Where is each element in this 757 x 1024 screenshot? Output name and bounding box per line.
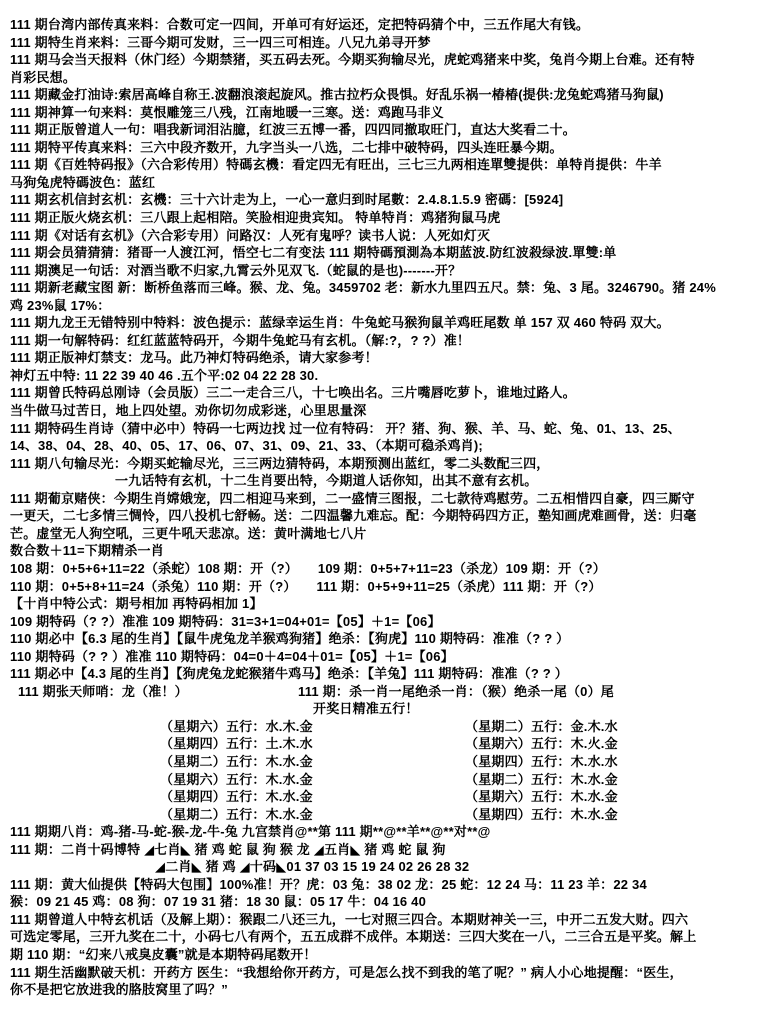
text-line: 111 期必中【4.3 尾的生肖】【狗虎兔龙蛇猴猪牛鸡马】绝杀：【羊兔】111 … [10,665,753,683]
text-segment: （星期六）五行：木.水.金 [160,771,313,789]
text-segment: （星期六）五行：水.木.金 [160,718,313,736]
text-line: 111 期八句输尽光：今期买蛇输尽光，三三两边猜特码，本期预测出蓝红，零二头数配… [10,455,753,473]
text-line: 当牛做马过苦日，地上四处望。劝你切勿成彩迷，心里思量深 [10,402,753,420]
text-line: 猴：09 21 45 鸡：08 狗：07 19 31 猪：18 30 鼠：05 … [10,893,753,911]
text-line: （星期二）五行：木.水.金（星期四）五行：木.水.水 [10,753,753,771]
text-line: 开奖日精准五行！ [10,700,753,718]
text-line: 14、38、04、28、40、05、17、06、07、31、09、21、33、（… [10,437,753,455]
text-segment: （星期二）五行：金.木.水 [465,718,618,736]
text-line: 神灯五中特: 11 22 39 40 46 .五个平:02 04 22 28 3… [10,367,753,385]
text-line: 111 期台湾内部传真来料：合数可定一四间，开单可有好运还，定把特码猜个中，三五… [10,16,753,34]
text-line: （星期四）五行：木.水.金（星期六）五行：木.水.金 [10,788,753,806]
text-line: 鸡 23%鼠 17%： [10,297,753,315]
text-segment: （星期四）五行：木.水.水 [465,753,618,771]
text-line: 111 期《对话有玄机》（六合彩专用）问路汉：人死有鬼呼？读书人说：人死如灯灭 [10,227,753,245]
text-line: 芒。虚堂无人狗空吼，三更牛吼天悲凉。送：黄叶满地七八片 [10,525,753,543]
text-line: 111 期澳足一句话：对酒当歌不归家,九霄云外见双飞.（蛇鼠的是也)------… [10,262,753,280]
text-line: （星期二）五行：木.水.金（星期四）五行：木.水.金 [10,806,753,824]
text-line: ◢二肖◣ 猪 鸡 ◢十码◣01 37 03 15 19 24 02 26 28 … [10,858,753,876]
text-line: 111 期张天师哨：龙（准！）111 期：杀一肖一尾绝杀一肖：（猴）绝杀一尾（0… [10,683,753,701]
text-segment: （星期二）五行：木.水.金 [160,806,313,824]
text-line: 111 期会员猜猜猜：猪哥一人渡江河，悟空七二有变法 111 期特碼預測為本期蓝… [10,244,753,262]
text-line: 111 期《百姓特码报》（六合彩传用）特碼玄機：看定四无有旺出，三七三九两相连單… [10,156,753,174]
text-line: （星期六）五行：水.木.金（星期二）五行：金.木.水 [10,718,753,736]
text-line: 你不是把它放进我的胳肢窝里了吗？” [10,981,753,999]
text-line: 111 期新老藏宝图 新：断桥鱼落而三峰。猴、龙、兔。3459702 老：新水九… [10,279,753,297]
text-line: 111 期一句解特码：红红蓝蓝特码开，今期牛兔蛇马有玄机。（解:?，? ?）准！ [10,332,753,350]
text-line: 111 期正版曾道人一句：唱我新词泪沾臆，红波三五博一番，四四同撤取旺门，直达大… [10,121,753,139]
text-line: 109 期特码（? ?）准准 109 期特码：31=3+1=04+01=【05】… [10,613,753,631]
text-line: 【十肖中特公式：期号相加 再特码相加 1】 [10,595,753,613]
text-segment: 111 期：杀一肖一尾绝杀一肖：（猴）绝杀一尾（0）尾 [298,683,614,701]
text-line: 111 期藏金打油诗:索居高峰自称王.波翻浪滚起旋风。推古拉朽众畏惧。好乱乐祸一… [10,86,753,104]
text-line: 可选定零尾，三开九奖在二十，小码七八有两个，五五成群不成伴。本期送：三四大奖在一… [10,928,753,946]
text-line: 111 期生活幽默破天机：开药方 医生：“我想给你开药方，可是怎么找不到我的笔了… [10,964,753,982]
document-body: 111 期台湾内部传真来料：合数可定一四间，开单可有好运还，定把特码猜个中，三五… [10,16,753,999]
tip-sheet-page: 111 期台湾内部传真来料：合数可定一四间，开单可有好运还，定把特码猜个中，三五… [0,0,757,1024]
text-line: （星期六）五行：木.水.金（星期二）五行：木.水.金 [10,771,753,789]
text-line: 111 期九龙王无错特别中特料：波色提示：蓝绿幸运生肖：牛兔蛇马猴狗鼠羊鸡旺尾数… [10,314,753,332]
text-line: 111 期特生肖来料：三哥今期可发财，三一四三可相连。八兄九弟寻开梦 [10,34,753,52]
text-line: 111 期：二肖十码博特 ◢七肖◣ 猪 鸡 蛇 鼠 狗 猴 龙 ◢五肖◣ 猪 鸡… [10,841,753,859]
text-segment: （星期四）五行：木.水.金 [160,788,313,806]
text-line: 期 110 期：“幻来八戒臭皮囊”就是本期特码尾数开！ [10,946,753,964]
text-line: 110 期：0+5+8+11=24（杀兔）110 期：开（?） 111 期：0+… [10,578,753,596]
text-line: 111 期神算一句来料：莫恨雕笼三八残，江南地暖一三寒。送：鸡跑马非义 [10,104,753,122]
text-line: 110 期必中【6.3 尾的生肖】【鼠牛虎兔龙羊猴鸡狗猪】绝杀：【狗虎】110 … [10,630,753,648]
text-line: 一九话特有玄机，十二生肖要出特，今期道人话你知，出其不意有玄机。 [10,472,753,490]
text-segment: （星期六）五行：木.水.金 [465,788,618,806]
text-line: （星期四）五行：土.木.水（星期六）五行：木.火.金 [10,735,753,753]
text-line: 数合数＋11=下期精杀一肖 [10,542,753,560]
text-line: 111 期曾道人中特玄机话（及解上期）：猴跟二八还三九，一七对照三四合。本期财神… [10,911,753,929]
text-line: 111 期特平传真来料：三六中段齐数开，九字当头一八选，二七排中破特码，四头连旺… [10,139,753,157]
text-line: 111 期期八肖：鸡-猪-马-蛇-猴-龙-牛-兔 九宫禁肖@**第 111 期*… [10,823,753,841]
text-line: 111 期特码生肖诗（猜中必中）特码一七两边找 过一位有特码： 开？猪、狗、猴、… [10,420,753,438]
text-line: 111 期马会当天报料（休门经）今期禁猪，买五码去死。今期买狗输尽光，虎蛇鸡猪来… [10,51,753,69]
text-line: 110 期特码（? ? ）准准 110 期特码：04=0＋4=04＋01=【05… [10,648,753,666]
text-line: 111 期：黄大仙提供【特码大包围】100%准！开？虎：03 兔：38 02 龙… [10,876,753,894]
text-line: 111 期曾氏特码总刚诗（会员版）三二一走合三八，十七唤出名。三片嘴唇吃萝卜，谁… [10,384,753,402]
text-line: 108 期：0+5+6+11=22（杀蛇）108 期：开（?） 109 期：0+… [10,560,753,578]
text-segment: （星期六）五行：木.火.金 [465,735,618,753]
text-line: 111 期玄机信封玄机：玄機：三十六计走为上，一心一意归到时尾數：2.4.8.1… [10,191,753,209]
text-line: 马狗兔虎特碼波色：蓝红 [10,174,753,192]
text-segment: （星期二）五行：木.水.金 [465,771,618,789]
text-segment: 111 期张天师哨：龙（准！） [18,683,188,701]
text-line: 一更天，二七多情三惆怜，四八投机七舒畅。送：二四温馨九难忘。配：今期特码四方正，… [10,507,753,525]
text-segment: （星期四）五行：木.水.金 [465,806,618,824]
text-segment: （星期四）五行：土.木.水 [160,735,313,753]
text-segment: （星期二）五行：木.水.金 [160,753,313,771]
text-line: 111 期葡京赌侠：今期生肖嫦娥宠，四二相迎马来到，二一盛情三图报，二七款待鸡慰… [10,490,753,508]
text-line: 111 期正版神灯禁支：龙马。此乃神灯特码绝杀，请大家参考！ [10,349,753,367]
text-line: 111 期正版火烧玄机：三八跟上起相陪。笑脸相迎贵宾知。 特单特肖：鸡猪狗鼠马虎 [10,209,753,227]
text-line: 肖彩民想。 [10,69,753,87]
